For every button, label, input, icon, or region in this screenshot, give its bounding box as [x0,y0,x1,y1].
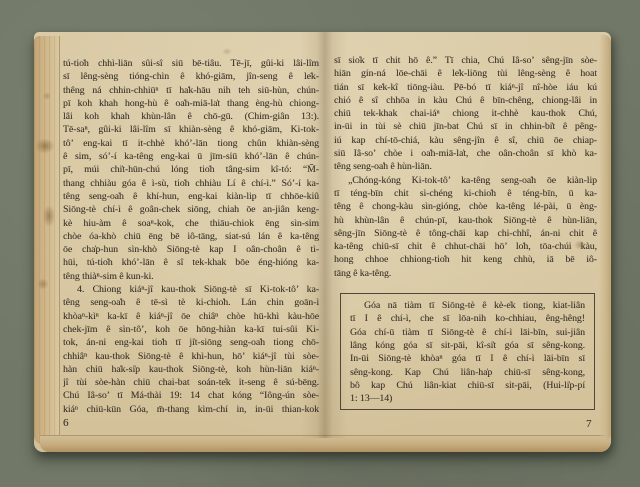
text-line: chòe óa-khò chiū ēng bē iô-tāng, siat-sú… [63,230,319,243]
text-line: têng seng-oa̍h ê tē-sì tè ki-chio̍h. Lán… [63,296,319,309]
text-line: khòaⁿ-kìⁿ ka-kī ê kiáⁿ-jî ōe chiâⁿ chòe … [63,310,319,323]
text-line: kiáⁿ chiū-kūn Góa, m̄-thang kìm-chí in, … [63,403,319,416]
text-line: Tē-saⁿ, gûi-ki lâi-lîm sī khiàn-sèng ê k… [63,123,319,136]
text-line: sī lêng-sèng tióng-chìn ê khó-giām, jîn-… [63,70,319,83]
right-page-text: sī sio̍k tī chit hō ê.” Tī chia, Chú Iâ-… [334,54,597,410]
text-line: sī sio̍k tī chit hō ê.” Tī chia, Chú Iâ-… [334,54,597,67]
text-line: Chú Iâ-so’ tī Má-thài 19: 14 chat kóng “… [63,389,319,402]
text-line: têng seng-oa̍h ê khí-hun, eng-kai kiàn-l… [63,190,319,203]
text-line: „Chóng-kóng Ki-tok-tô’ ka-têng seng-oa̍h… [334,174,597,187]
text-line: tú-tio̍h chhì-liān sûi-sî siū bē-tiâu. T… [63,57,319,70]
text-block: tú-tio̍h chhì-liān sûi-sî siū bē-tiâu. T… [63,57,319,416]
text-line: hong chhoe chhiong-tio̍h hit keng chhù, … [334,253,597,266]
page-edges-bottom [40,435,611,452]
text-line: hiān gín-ná lōe-chāi ê le̍k-liōng tùi lê… [334,67,597,80]
text-line: têng ê chong-kàu sìn-gióng, chòe ka-têng… [334,200,597,213]
text-line: pī koh khah hong-hù ê oa̍h-miā-la̍t than… [63,97,319,110]
text-line: 4. Chiong kiáⁿ-jî kau-thok Siōng-tè sī K… [63,283,319,296]
left-page-text: tú-tio̍h chhì-liān sûi-sî siū bē-tiâu. T… [63,57,319,416]
photo-background: tú-tio̍h chhì-liān sûi-sî siū bē-tiâu. T… [0,0,640,487]
text-line: in-ūi in tùi sè chiū jīn-bat Chú sī in c… [334,120,597,133]
text-line: thêng ná chhin-chhiūⁿ tī ha̍k-hāu nih te… [63,84,319,97]
text-line: hàn chiū ha̍k-si̍p kau-thok Siōng-tè, ko… [63,363,319,376]
text-line: ê sim, só’-í ka-têng eng-kai ū jīm-siū k… [63,150,319,163]
text-line: thang chhiàu góa ê ì-sù, tio̍h chhiàu Lí… [63,177,319,190]
text-line: lâng kóng góa sī sit-pāi, kî-si̍t góa sī… [350,339,585,352]
text-line: chek-jīm ê sìn-tô’, koh ōe hōng-hiàn ka-… [63,323,319,336]
text-line: tāng ê ka-têng. [334,267,597,280]
right-page-number: 7 [586,418,592,430]
text-line: lâi koh khah khùn-lân ê chō-gū. (Chim-gi… [63,110,319,123]
text-line: chiū tek-khak chai-iáⁿ chiong it-chhè ka… [334,107,597,120]
text-line: tián sī ke̍k-kî tiōng-iàu. Pē-bó tī kiáⁿ… [334,81,597,94]
text-line: ka-têng chiū-sī chit ê chhut-chāi hō’ lo… [334,240,597,253]
text-line: siū Iâ-so’ chòe i oa̍h-miā-la̍t, che oân… [334,147,597,160]
text-line: sêng-kong. Kap Chú liân-ha̍p chiū-sī sên… [350,366,585,379]
text-line: têng seng-oa̍h ê hùn-liān. [334,160,597,173]
text-line: tī I ê chí-ì, che sī lōa-nih ko-chhiau, … [350,312,585,325]
text-line: iú kap chí-tō-chiá, kàu sêng-jîn ê sî, c… [334,134,597,147]
text-line: hù khùn-lân ê chún-pī, kau-thok Siōng-tè… [334,214,597,227]
text-line: chió ê sî chhōa in kàu Chú ê bīn-chêng, … [334,94,597,107]
text-line: tī téng-bīn chit sì-chéng ki-chio̍h ê té… [334,187,597,200]
text-line: ōe cha̍p-hun sìn-khò Siōng-tè kap I oân-… [63,243,319,256]
text-line: tô’ eng-kai tī it-chhè khó’-lān tiong ch… [63,137,319,150]
text-line: têng thiàⁿ-sim ê kun-ki. [63,270,319,283]
text-line: Góa nā tiàm tī Siōng-tè ê kè-e̍k tiong, … [350,299,585,312]
page-edges-left [34,36,60,444]
text-line: In-ūi Siōng-tè khòaⁿ góa tī I ê chí-ì lā… [350,352,585,365]
text-line: jî tùi sòe-hàn chiū chai-bat soán-te̍k i… [63,376,319,389]
open-book: tú-tio̍h chhì-liān sûi-sî siū bē-tiâu. T… [34,32,611,452]
text-line: Siōng-tè chí-ì ê goân-chek siōng, chiah … [63,203,319,216]
left-page-number: 6 [63,417,69,429]
text-line: Góa chí-ū tiàm tī Siōng-tè ê chí-ì lāi-b… [350,326,585,339]
text-line: hūi, tú-tio̍h khó’-lān ê sî tek-khak bōe… [63,256,319,269]
text-line: kè hiu-àm ê soaⁿ-kok, che thiāu-chiok ēn… [63,217,319,230]
text-line: chhiâⁿ kau-thok Siōng-tè ê khì-hun, hō’ … [63,350,319,363]
text-line: sêng-jīn Siōng-tè ê tông-chāi kap chi-ch… [334,227,597,240]
page-edges-right [599,35,611,442]
quote-box: Góa nā tiàm tī Siōng-tè ê kè-e̍k tiong, … [340,293,595,410]
text-line: bô kap Chú liân-kiat chiū-sī sit-pāi, (H… [350,379,585,392]
text-line: pī, múi chi̍t-hūn-chú lóng tio̍h tâng-si… [63,163,319,176]
text-line: 1: 13—14) [350,392,585,405]
text-block: sī sio̍k tī chit hō ê.” Tī chia, Chú Iâ-… [334,54,597,280]
text-line: tok, án-ni eng-kai tio̍h tī ji̍t-siōng s… [63,336,319,349]
page-stain [222,48,232,55]
